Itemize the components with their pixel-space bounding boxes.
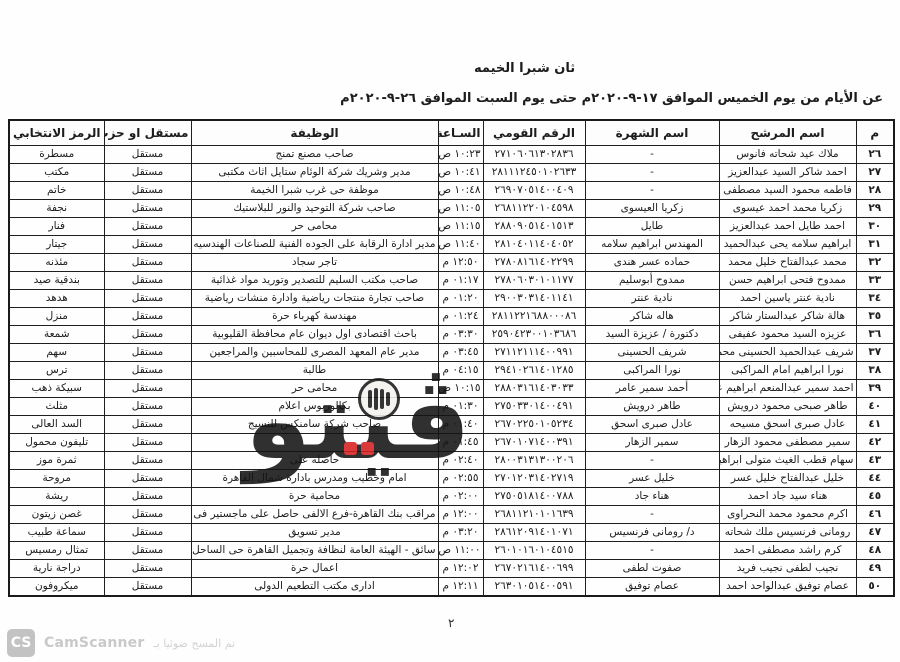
table-row: ٢٧احمد شاكر السيد عبدالعزيز-٢٨١١١٢٤٥٠١٠٢… — [9, 164, 894, 182]
cell-no: ٤٧ — [856, 524, 894, 542]
cell-party: مستقل — [104, 344, 191, 362]
cell-national_id: ٢٧٠١٢٠٣١٤٠٢٧١٩ — [483, 470, 585, 488]
cell-alias: أحمد سمير عامر — [585, 380, 719, 398]
cell-alias: نادية عنتر — [585, 290, 719, 308]
cell-time: ١١:٤٠ ص — [438, 236, 483, 254]
camscanner-footer: CS CamScanner تم المسح ضوئيا بـ — [7, 629, 235, 657]
cell-job: امام وخطيب ومدرس بادارة شمال القاهرة — [191, 470, 438, 488]
cell-name: فاطمه محمود السيد مصطفى — [719, 182, 856, 200]
cell-national_id: ٢٧٥٠٣٣٠١٤٠٠٤٩١ — [483, 398, 585, 416]
cell-no: ٤٩ — [856, 560, 894, 578]
cell-national_id: ٢٨٠٠٣١٣١٣٠٠٢٠٦ — [483, 452, 585, 470]
cell-job: سائق - الهيئة العامة لنظافة وتجميل القاه… — [191, 542, 438, 560]
cell-alias: طايل — [585, 218, 719, 236]
cell-symbol: دراجة نارية — [9, 560, 104, 578]
table-row: ٤٥هناء سيد جاد احمدهناء جاد٢٧٥٠٥١٨١٤٠٠٧٨… — [9, 488, 894, 506]
cell-national_id: ٢٨٨٠٩٠٥١٤٠١٥١٣ — [483, 218, 585, 236]
table-row: ٤١عادل صبرى اسحق مسيحهعادل صبرى اسحق٢٦٧٠… — [9, 416, 894, 434]
column-header: الوظيفة — [191, 120, 438, 146]
cell-symbol: بندقية صيد — [9, 272, 104, 290]
cell-job: باحث اقتصادى اول ديوان عام محافظة القليو… — [191, 326, 438, 344]
cell-no: ٣٦ — [856, 326, 894, 344]
cell-symbol: هدهد — [9, 290, 104, 308]
cell-time: ١٢:٠٢ م — [438, 560, 483, 578]
cell-name: ممدوح فتحى ابراهيم حسن — [719, 272, 856, 290]
cell-national_id: ٢٨١١١٢٤٥٠١٠٢٦٣٣ — [483, 164, 585, 182]
cell-job: مدير عام المعهد المصرى للمحاسبين والمراج… — [191, 344, 438, 362]
cell-name: احمد شاكر السيد عبدالعزيز — [719, 164, 856, 182]
cell-job: صاحب شركة سامنكس للنسيج — [191, 416, 438, 434]
cell-party: مستقل — [104, 398, 191, 416]
column-header: اسم الشهرة — [585, 120, 719, 146]
cell-name: هناء سيد جاد احمد — [719, 488, 856, 506]
cell-no: ٤٨ — [856, 542, 894, 560]
cell-national_id: ٢٦٨١١٢٢٠١٠٤٥٩٨ — [483, 200, 585, 218]
cell-time: ٠١:٤٥ م — [438, 434, 483, 452]
cell-party: مستقل — [104, 434, 191, 452]
table-row: ٣٧شريف عبدالحميد الحسينى محمودشريف الحسي… — [9, 344, 894, 362]
cell-alias: ممدوح أبوسليم — [585, 272, 719, 290]
cell-symbol: تمثال رمسيس — [9, 542, 104, 560]
cell-time: ٠١:٢٤ م — [438, 308, 483, 326]
cell-symbol: مروحة — [9, 470, 104, 488]
cell-time: ١١:٠٠ ص — [438, 542, 483, 560]
cell-party: مستقل — [104, 182, 191, 200]
cell-name: رومانى فرنسيس ملك شحاته — [719, 524, 856, 542]
cell-job: صاحب مصنع تمنج — [191, 146, 438, 164]
cell-time: ٠١:٤٠ م — [438, 416, 483, 434]
table-row: ٤٦اكرم محمود محمد النحراوى-٢٦٨١١٢١٠١٠١٦٣… — [9, 506, 894, 524]
column-header: الرقم القومي — [483, 120, 585, 146]
cell-name: شريف عبدالحميد الحسينى محمود — [719, 344, 856, 362]
cell-national_id: ٢٧١٠٦٠٦١٣٠٢٨٣٦ — [483, 146, 585, 164]
cell-time: ٠١:٣٠ م — [438, 398, 483, 416]
cell-no: ٣٥ — [856, 308, 894, 326]
cell-job — [191, 434, 438, 452]
cell-symbol: تليفون محمول — [9, 434, 104, 452]
camscanner-logo-icon: CS — [7, 629, 35, 657]
cell-symbol: سبيكة ذهب — [9, 380, 104, 398]
cell-name: ابراهيم سلامه يحى عبدالحميد — [719, 236, 856, 254]
cell-symbol: سهم — [9, 344, 104, 362]
cell-symbol: سماعة طبيب — [9, 524, 104, 542]
cell-alias: هاله شاكر — [585, 308, 719, 326]
cell-job: مراقب بنك القاهرة-فرع الالفى حاصل على ما… — [191, 506, 438, 524]
date-range-title: عن الأيام من يوم الخميس الموافق ١٧-٩-٢٠٢… — [340, 91, 883, 106]
cell-symbol: ثمرة موز — [9, 452, 104, 470]
table-row: ٣٥هالة شاكر عبدالستار شاكرهاله شاكر٢٨١١٢… — [9, 308, 894, 326]
cell-no: ٣٢ — [856, 254, 894, 272]
column-header: مستقل او حزب — [104, 120, 191, 146]
cell-time: ١٠:٤١ ص — [438, 164, 483, 182]
cell-national_id: ٢٩٠٠٣٠٣١٤٠١١٤١ — [483, 290, 585, 308]
cell-time: ٠١:١٧ م — [438, 272, 483, 290]
table-row: ٤٠طاهر صبحى محمود درويشطاهر درويش٢٧٥٠٣٣٠… — [9, 398, 894, 416]
cell-time: ١٠:٤٨ ص — [438, 182, 483, 200]
cell-alias: - — [585, 542, 719, 560]
table-header-row: ماسم المرشحاسم الشهرةالرقم القوميالسـاعة… — [9, 120, 894, 146]
table-row: ٢٨فاطمه محمود السيد مصطفى-٢٦٩٠٧٠٥١٤٠٠٤٠٩… — [9, 182, 894, 200]
table-row: ٣٠احمد طايل احمد عبدالعزيزطايل٢٨٨٠٩٠٥١٤٠… — [9, 218, 894, 236]
cell-no: ٤٤ — [856, 470, 894, 488]
cell-job: بكالوريوس اعلام — [191, 398, 438, 416]
table-row: ٤٩نجيب لطفى نجيب فريدصفوت لطفى٢٦٧٠٢١٦١٤٠… — [9, 560, 894, 578]
cell-national_id: ٢٦٠١٠١٦٠١٠٤٥١٥ — [483, 542, 585, 560]
cell-national_id: ٢٦٣٠١٠٥١٤٠٠٥٩١ — [483, 578, 585, 597]
cell-alias: صفوت لطفى — [585, 560, 719, 578]
cell-national_id: ٢٧٥٠٥١٨١٤٠٠٧٨٨ — [483, 488, 585, 506]
cell-time: ١١:١٥ ص — [438, 218, 483, 236]
cell-party: مستقل — [104, 254, 191, 272]
cell-party: مستقل — [104, 506, 191, 524]
cell-symbol: مسطرة — [9, 146, 104, 164]
cell-national_id: ٢٧٨٠٦٠٣٠١٠١١٧٧ — [483, 272, 585, 290]
cell-national_id: ٢٨٦١٢٠٩١٤٠١٠٧١ — [483, 524, 585, 542]
cell-name: احمد سمير عبدالمنعم ابراهيم عامر — [719, 380, 856, 398]
cell-alias: خليل عسر — [585, 470, 719, 488]
table-row: ٣١ابراهيم سلامه يحى عبدالحميدالمهندس ابر… — [9, 236, 894, 254]
cell-no: ٣٧ — [856, 344, 894, 362]
cell-party: مستقل — [104, 542, 191, 560]
cell-party: مستقل — [104, 470, 191, 488]
cell-national_id: ٢٨١١٢٢١٦٨٨٠٠٠٨٦ — [483, 308, 585, 326]
cell-symbol: مكتب — [9, 164, 104, 182]
cell-party: مستقل — [104, 452, 191, 470]
cell-time: ٠٤:١٥ م — [438, 362, 483, 380]
cell-job: مدير ادارة الرقابة على الجوده الفنية للص… — [191, 236, 438, 254]
cell-party: مستقل — [104, 272, 191, 290]
cell-national_id: ٢٩٤١٠٢٦١٤٠١٢٨٥ — [483, 362, 585, 380]
cell-job: صاحب تجارة منتجات رياضية وادارة منشات ري… — [191, 290, 438, 308]
cell-no: ٣٩ — [856, 380, 894, 398]
cell-no: ٣٣ — [856, 272, 894, 290]
column-header: م — [856, 120, 894, 146]
cell-job: اعمال حرة — [191, 560, 438, 578]
cell-symbol: جيتار — [9, 236, 104, 254]
cell-job: تاجر سجاد — [191, 254, 438, 272]
cell-name: خليل عبدالفتاح خليل عسر — [719, 470, 856, 488]
cell-time: ٠٣:٢٠ م — [438, 524, 483, 542]
page-number: ٢ — [448, 616, 454, 630]
cell-symbol: نجفة — [9, 200, 104, 218]
cell-no: ٢٩ — [856, 200, 894, 218]
cell-symbol: مثلث — [9, 398, 104, 416]
column-header: السـاعة — [438, 120, 483, 146]
cell-symbol: السد العالى — [9, 416, 104, 434]
camscanner-name: CamScanner — [44, 635, 144, 651]
cell-alias: - — [585, 452, 719, 470]
cell-job: طالبة — [191, 362, 438, 380]
cell-alias: حماده عسر هندى — [585, 254, 719, 272]
cell-alias: زكريا العيسوى — [585, 200, 719, 218]
cell-name: ملاك عيد شحاته فانوس — [719, 146, 856, 164]
cell-time: ٠٢:٥٥ م — [438, 470, 483, 488]
cell-name: كرم راشد مصطفى احمد — [719, 542, 856, 560]
cell-job: ادارى مكتب التطعيم الدولى — [191, 578, 438, 597]
cell-party: مستقل — [104, 326, 191, 344]
cell-party: مستقل — [104, 218, 191, 236]
cell-job: موظفة حى غرب شبرا الخيمة — [191, 182, 438, 200]
cell-name: هالة شاكر عبدالستار شاكر — [719, 308, 856, 326]
cell-national_id: ٢٦٧٠٢٢٥٠١٠٥٢٣٤ — [483, 416, 585, 434]
cell-party: مستقل — [104, 380, 191, 398]
cell-job: محامى حر — [191, 380, 438, 398]
cell-job: حاصله على — [191, 452, 438, 470]
cell-alias: د/ رومانى فرنسيس — [585, 524, 719, 542]
cell-no: ٣٨ — [856, 362, 894, 380]
cell-time: ١٢:٥٠ م — [438, 254, 483, 272]
cell-no: ٤٦ — [856, 506, 894, 524]
scanned-with-text: تم المسح ضوئيا بـ — [153, 637, 235, 650]
table-row: ٣٩احمد سمير عبدالمنعم ابراهيم عامرأحمد س… — [9, 380, 894, 398]
table-row: ٣٤نادية عنتر ياسين احمدنادية عنتر٢٩٠٠٣٠٣… — [9, 290, 894, 308]
cell-party: مستقل — [104, 560, 191, 578]
cell-name: محمد عبدالفتاح خليل محمد — [719, 254, 856, 272]
cell-national_id: ٢٧٨٠٨١٦١٤٠٢٢٩٩ — [483, 254, 585, 272]
table-row: ٤٨كرم راشد مصطفى احمد-٢٦٠١٠١٦٠١٠٤٥١٥١١:٠… — [9, 542, 894, 560]
cell-symbol: مئذنه — [9, 254, 104, 272]
cell-time: ١٠:٢٣ ص — [438, 146, 483, 164]
cell-alias: - — [585, 146, 719, 164]
cell-job: صاحب مكتب السليم للتصدير وتوريد مواد غذا… — [191, 272, 438, 290]
cell-alias: شريف الحسينى — [585, 344, 719, 362]
cell-time: ٠٢:٤٠ م — [438, 452, 483, 470]
cell-national_id: ٢٨١٠٤٠١١٤٠٤٠٥٢ — [483, 236, 585, 254]
cell-time: ١١:٠٥ ص — [438, 200, 483, 218]
cell-alias: نورا المراكبى — [585, 362, 719, 380]
cell-national_id: ٢٦٧٠١٠٧١٤٠٠٣٩١ — [483, 434, 585, 452]
cell-national_id: ٢٦٩٠٧٠٥١٤٠٠٤٠٩ — [483, 182, 585, 200]
cell-name: نجيب لطفى نجيب فريد — [719, 560, 856, 578]
cell-party: مستقل — [104, 488, 191, 506]
cell-time: ١٢:٠٠ م — [438, 506, 483, 524]
cell-alias: - — [585, 506, 719, 524]
cell-name: سهام قطب الغيث متولى ابراهيم — [719, 452, 856, 470]
cell-alias: المهندس ابراهيم سلامه — [585, 236, 719, 254]
cell-name: عزيزه السيد محمود عفيفى — [719, 326, 856, 344]
cell-national_id: ٢٨٨٠٣١٦١٤٠٣٠٣٣ — [483, 380, 585, 398]
column-header: اسم المرشح — [719, 120, 856, 146]
cell-symbol: ميكروفون — [9, 578, 104, 597]
cell-symbol: فنار — [9, 218, 104, 236]
cell-job: مدير تسويق — [191, 524, 438, 542]
cell-no: ٤١ — [856, 416, 894, 434]
cell-party: مستقل — [104, 164, 191, 182]
cell-party: مستقل — [104, 524, 191, 542]
cell-time: ٠١:٢٠ م — [438, 290, 483, 308]
cell-no: ٤٣ — [856, 452, 894, 470]
cell-time: ١٢:١١ م — [438, 578, 483, 597]
cell-job: محامية حرة — [191, 488, 438, 506]
table-row: ٢٩زكريا محمد احمد عيسوىزكريا العيسوى٢٦٨١… — [9, 200, 894, 218]
scanned-document-page: { "page": { "location_title": "ثان شبرا … — [0, 0, 900, 662]
district-title: ثان شبرا الخيمه — [474, 61, 575, 76]
cell-national_id: ٢٥٩٠٤٢٣٠٠١٠٣٦٨٦ — [483, 326, 585, 344]
cell-name: زكريا محمد احمد عيسوى — [719, 200, 856, 218]
cell-party: مستقل — [104, 578, 191, 597]
cell-no: ٤٠ — [856, 398, 894, 416]
cell-symbol: ريشة — [9, 488, 104, 506]
cell-alias: - — [585, 164, 719, 182]
cell-no: ٤٢ — [856, 434, 894, 452]
cell-party: مستقل — [104, 236, 191, 254]
cell-party: مستقل — [104, 290, 191, 308]
cell-alias: عادل صبرى اسحق — [585, 416, 719, 434]
cell-name: اكرم محمود محمد النحراوى — [719, 506, 856, 524]
cell-no: ٢٨ — [856, 182, 894, 200]
cell-time: ١٠:١٥ ص — [438, 380, 483, 398]
cell-party: مستقل — [104, 362, 191, 380]
cell-no: ٢٦ — [856, 146, 894, 164]
table-row: ٣٣ممدوح فتحى ابراهيم حسنممدوح أبوسليم٢٧٨… — [9, 272, 894, 290]
cell-party: مستقل — [104, 308, 191, 326]
cell-name: عادل صبرى اسحق مسيحه — [719, 416, 856, 434]
cell-no: ٢٧ — [856, 164, 894, 182]
cell-no: ٣١ — [856, 236, 894, 254]
table-row: ٣٨نورا ابراهيم امام المراكبىنورا المراكب… — [9, 362, 894, 380]
cell-symbol: ترس — [9, 362, 104, 380]
cell-time: ٠٣:٤٥ م — [438, 344, 483, 362]
table-row: ٤٢سمير مصطفى محمود الزهارسمير الزهار٢٦٧٠… — [9, 434, 894, 452]
candidates-table: ماسم المرشحاسم الشهرةالرقم القوميالسـاعة… — [8, 119, 895, 597]
cell-alias: دكتورة / عزيزة السيد — [585, 326, 719, 344]
cell-national_id: ٢٦٨١١٢١٠١٠١٦٣٩ — [483, 506, 585, 524]
cell-alias: - — [585, 182, 719, 200]
table-row: ٣٢محمد عبدالفتاح خليل محمدحماده عسر هندى… — [9, 254, 894, 272]
cell-no: ٤٥ — [856, 488, 894, 506]
cell-job: مدير وشريك شركة الوئام ستايل اثاث مكتبى — [191, 164, 438, 182]
cell-name: طاهر صبحى محمود درويش — [719, 398, 856, 416]
cell-name: نادية عنتر ياسين احمد — [719, 290, 856, 308]
table-row: ٤٤خليل عبدالفتاح خليل عسرخليل عسر٢٧٠١٢٠٣… — [9, 470, 894, 488]
cell-time: ٠٢:٠٠ م — [438, 488, 483, 506]
cell-symbol: غصن زيتون — [9, 506, 104, 524]
cell-job: محامى حر — [191, 218, 438, 236]
cell-no: ٥٠ — [856, 578, 894, 597]
cell-national_id: ٢٧١١٢١١١٤٠٠٩٩١ — [483, 344, 585, 362]
table-row: ٤٧رومانى فرنسيس ملك شحاتهد/ رومانى فرنسي… — [9, 524, 894, 542]
cell-alias: هناء جاد — [585, 488, 719, 506]
table-row: ٢٦ملاك عيد شحاته فانوس-٢٧١٠٦٠٦١٣٠٢٨٣٦١٠:… — [9, 146, 894, 164]
cell-name: احمد طايل احمد عبدالعزيز — [719, 218, 856, 236]
cell-symbol: خاتم — [9, 182, 104, 200]
cell-party: مستقل — [104, 200, 191, 218]
cell-job: صاحب شركة التوحيد والنور للبلاستيك — [191, 200, 438, 218]
table-row: ٤٣سهام قطب الغيث متولى ابراهيم-٢٨٠٠٣١٣١٣… — [9, 452, 894, 470]
cell-name: عصام توفيق عبدالواحد احمد — [719, 578, 856, 597]
cell-party: مستقل — [104, 146, 191, 164]
cell-party: مستقل — [104, 416, 191, 434]
cell-alias: طاهر درويش — [585, 398, 719, 416]
table-row: ٣٦عزيزه السيد محمود عفيفىدكتورة / عزيزة … — [9, 326, 894, 344]
cell-alias: سمير الزهار — [585, 434, 719, 452]
cell-symbol: شمعة — [9, 326, 104, 344]
cell-name: نورا ابراهيم امام المراكبى — [719, 362, 856, 380]
cell-no: ٣٤ — [856, 290, 894, 308]
cell-job: مهندسة كهرباء حرة — [191, 308, 438, 326]
cell-alias: عصام توفيق — [585, 578, 719, 597]
cell-symbol: منزل — [9, 308, 104, 326]
column-header: الرمز الانتخابي — [9, 120, 104, 146]
table-row: ٥٠عصام توفيق عبدالواحد احمدعصام توفيق٢٦٣… — [9, 578, 894, 597]
cell-national_id: ٢٦٧٠٢١٦١٤٠٠٦٩٩ — [483, 560, 585, 578]
cell-name: سمير مصطفى محمود الزهار — [719, 434, 856, 452]
cell-time: ٠٣:٣٠ م — [438, 326, 483, 344]
cell-no: ٣٠ — [856, 218, 894, 236]
